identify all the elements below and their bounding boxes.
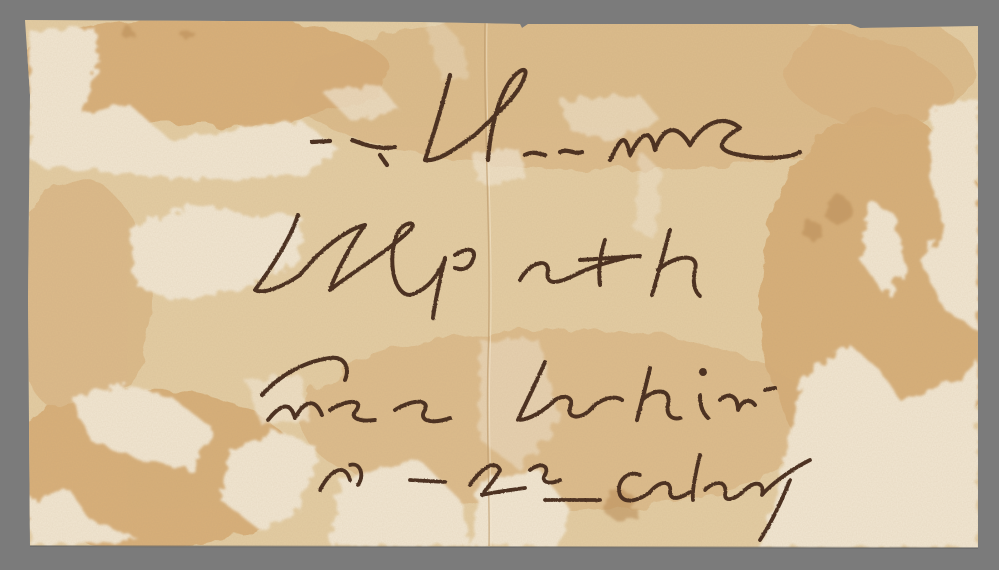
- photo-stage: ...bleuwe ...ildspath ...rre lechin... .…: [0, 0, 999, 570]
- paper-grain: [0, 0, 999, 570]
- paper-fragment-image: [0, 0, 999, 570]
